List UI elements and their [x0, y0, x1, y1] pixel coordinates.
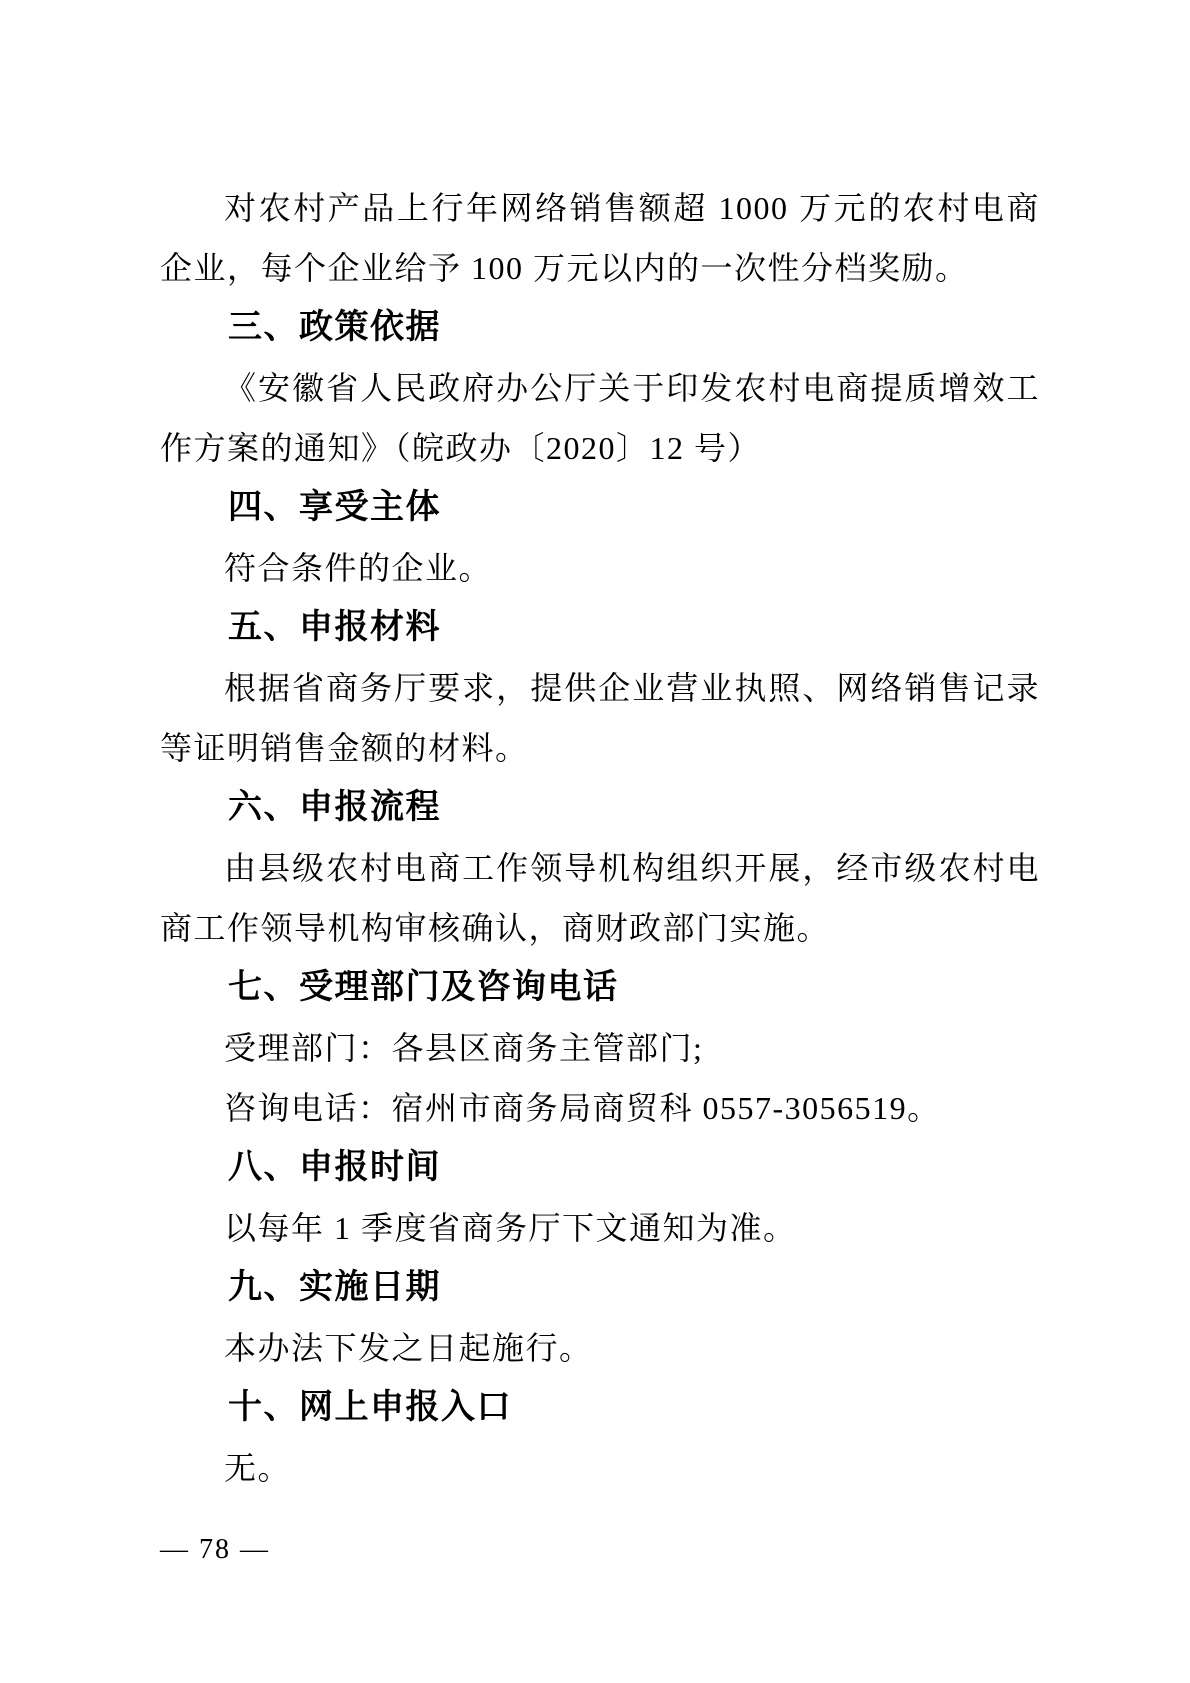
section-heading-beneficiary: 四、享受主体: [160, 478, 1040, 538]
paragraph-policy-basis: 《安徽省人民政府办公厅关于印发农村电商提质增效工作方案的通知》（皖政办〔2020…: [160, 358, 1040, 478]
section-heading-effect-date: 九、实施日期: [160, 1258, 1040, 1318]
paragraph-reward-policy: 对农村产品上行年网络销售额超 1000 万元的农村电商企业，每个企业给予 100…: [160, 178, 1040, 298]
section-heading-policy-basis: 三、政策依据: [160, 298, 1040, 358]
paragraph-effect-date: 本办法下发之日起施行。: [160, 1318, 1040, 1378]
paragraph-phone: 咨询电话：宿州市商务局商贸科 0557-3056519。: [160, 1078, 1040, 1138]
paragraph-apply-time: 以每年 1 季度省商务厅下文通知为准。: [160, 1198, 1040, 1258]
document-page: 对农村产品上行年网络销售额超 1000 万元的农村电商企业，每个企业给予 100…: [0, 0, 1190, 1683]
paragraph-process: 由县级农村电商工作领导机构组织开展，经市级农村电商工作领导机构审核确认，商财政部…: [160, 838, 1040, 958]
document-content: 对农村产品上行年网络销售额超 1000 万元的农村电商企业，每个企业给予 100…: [160, 178, 1040, 1498]
section-heading-contact: 七、受理部门及咨询电话: [160, 958, 1040, 1018]
paragraph-accepting-dept: 受理部门：各县区商务主管部门;: [160, 1018, 1040, 1078]
paragraph-online-entry: 无。: [160, 1438, 1040, 1498]
section-heading-process: 六、申报流程: [160, 778, 1040, 838]
section-heading-apply-time: 八、申报时间: [160, 1138, 1040, 1198]
page-number: — 78 —: [160, 1534, 270, 1565]
section-heading-materials: 五、申报材料: [160, 598, 1040, 658]
paragraph-beneficiary: 符合条件的企业。: [160, 538, 1040, 598]
section-heading-online-entry: 十、网上申报入口: [160, 1378, 1040, 1438]
page-footer: — 78 —: [160, 1532, 270, 1568]
paragraph-materials: 根据省商务厅要求，提供企业营业执照、网络销售记录等证明销售金额的材料。: [160, 658, 1040, 778]
